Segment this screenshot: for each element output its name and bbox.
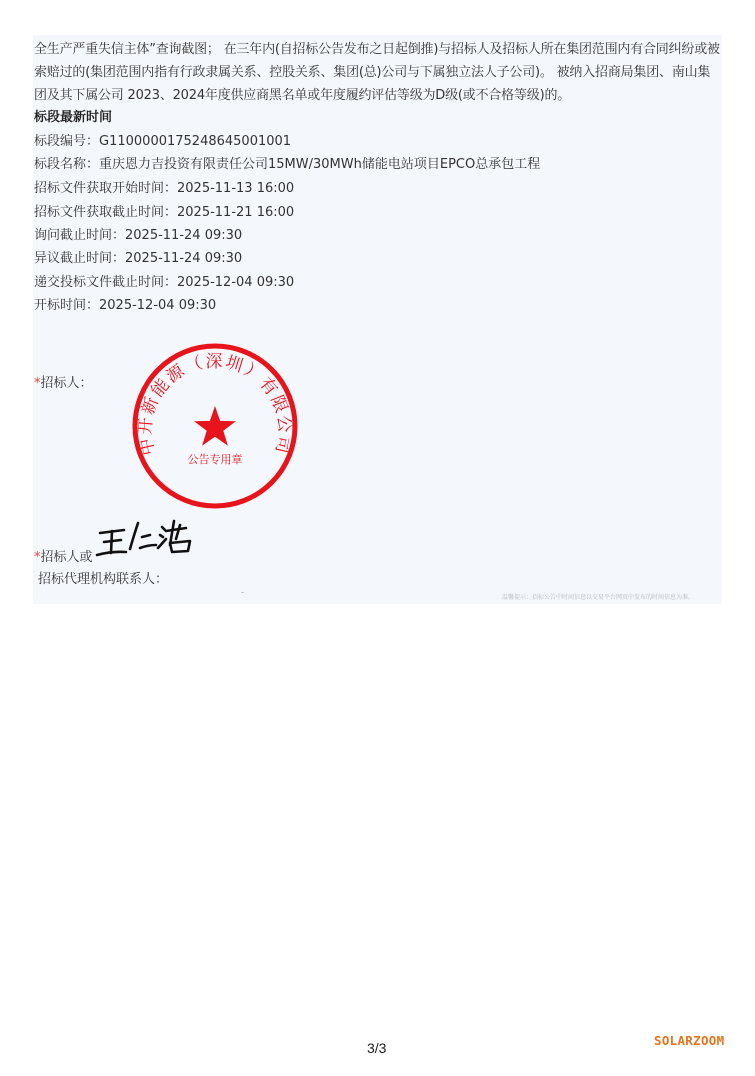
field-row: 递交投标文件截止时间：2025-12-04 09:30 [34,273,294,293]
field-label: 递交投标文件截止时间： [34,275,177,290]
field-row: 询问截止时间：2025-11-24 09:30 [34,226,242,246]
field-value: 2025-12-04 09:30 [177,275,294,290]
field-label: 招标文件获取截止时间： [34,205,177,220]
section-title: 标段最新时间 [34,108,112,128]
field-row: 招标文件获取开始时间：2025-11-13 16:00 [34,179,294,199]
official-seal: 中开新能源（深圳）有限公司 公告专用章 [131,342,299,510]
intro-paragraph: 全生产严重失信主体”查询截图； 在三年内(自招标公告发布之日起倒推)与招标人及招… [34,38,720,107]
field-value: 2025-12-04 09:30 [99,298,216,313]
field-row: 开标时间：2025-12-04 09:30 [34,296,216,316]
tenderer-row: *招标人： [34,374,93,394]
field-label: 开标时间： [34,298,99,313]
field-value: 2025-11-21 16:00 [177,205,294,220]
brand-watermark: SOLARZOOM [654,1033,724,1048]
field-label: 标段名称： [34,157,99,172]
field-value: 2025-11-24 09:30 [125,251,242,266]
field-row: 标段编号：G1100000175248645001001 [34,132,291,152]
contact-row: *招标人或 [34,548,93,568]
tip-note: 温馨提示：招标公告中时间信息以交易平台网页中发布的时间信息为准。 [502,592,694,601]
field-value: 2025-11-24 09:30 [125,228,242,243]
handwritten-signature [94,515,199,563]
tenderer-label: 招标人： [41,376,93,391]
field-value: 2025-11-13 16:00 [177,181,294,196]
seal-center-text: 公告专用章 [188,452,243,466]
divider-mark [241,592,244,593]
field-row: 标段名称：重庆恩力吉投资有限责任公司15MW/30MWh储能电站项目EPCO总承… [34,155,540,175]
field-row: 招标文件获取截止时间：2025-11-21 16:00 [34,203,294,223]
field-label: 询问截止时间： [34,228,125,243]
field-label: 招标文件获取开始时间： [34,181,177,196]
field-label: 异议截止时间： [34,251,125,266]
field-value: 重庆恩力吉投资有限责任公司15MW/30MWh储能电站项目EPCO总承包工程 [99,157,540,172]
contact-label-line2: 招标代理机构联系人： [38,570,168,590]
page-number: 3/3 [367,1040,386,1056]
field-label: 标段编号： [34,134,99,149]
contact-label-line1: 招标人或 [41,550,93,565]
star-icon [194,406,236,446]
field-value: G1100000175248645001001 [99,134,291,149]
field-row: 异议截止时间：2025-11-24 09:30 [34,249,242,269]
